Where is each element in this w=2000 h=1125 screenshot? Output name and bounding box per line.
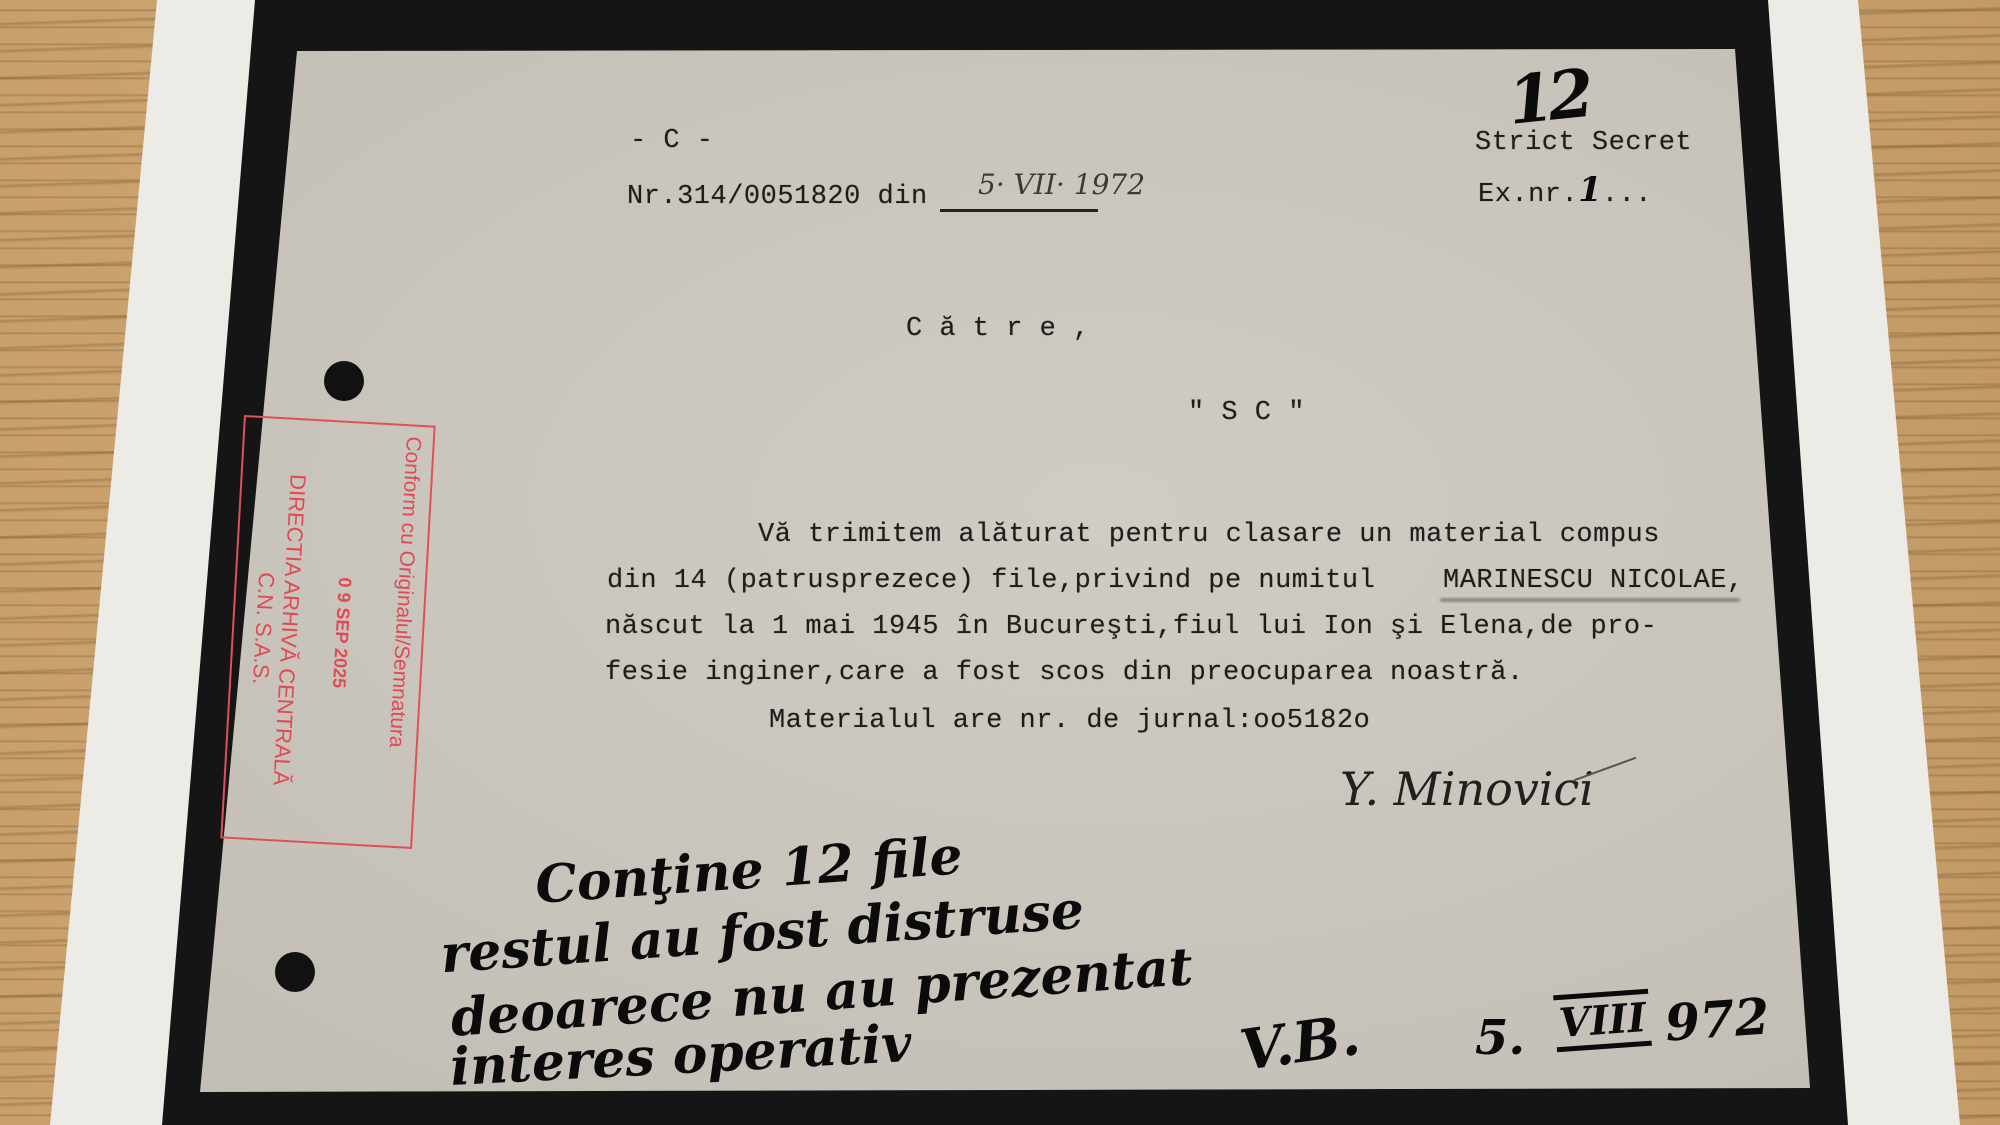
subject-name-underline [1440,598,1740,602]
reference-number: Nr.314/0051820 din [627,182,928,212]
recipient: " S C " [1188,398,1305,428]
journal-number-line: Materialul are nr. de jurnal:oo5182o [769,706,1370,736]
copy-number: Ex.nr.1... [1478,170,1652,210]
note-date-day: 5. [1475,1010,1525,1066]
subject-name: MARINESCU NICOLAE, [1443,566,1744,596]
copy-number-dots: ... [1602,180,1652,210]
document-content: 12 - C - Nr.314/0051820 din 5· VII· 1972… [0,0,2000,1125]
date-underline [940,209,1098,212]
body-line-2: din 14 (patrusprezece) file,privind pe n… [607,566,1375,596]
reference-date-handwritten: 5· VII· 1972 [978,168,1145,201]
note-date-month: VIII [1557,994,1647,1047]
copy-number-value: 1 [1578,170,1602,210]
body-line-4: fesie inginer,care a fost scos din preoc… [605,658,1524,688]
stamp-date: 0 9 SEP 2025 [319,422,363,843]
punch-hole-bottom [275,952,315,992]
stamp-footer: Conform cu Originalul/Semnatura [378,436,425,857]
body-line-1: Vă trimitem alăturat pentru clasare un m… [758,520,1660,550]
salutation: C ă t r e , [906,314,1090,344]
body-line-3: născut la 1 mai 1945 în Bucureşti,fiul l… [605,612,1657,642]
copy-number-label: Ex.nr. [1478,180,1578,210]
note-initials: V.B. [1236,1002,1364,1084]
punch-hole-top [324,361,364,401]
classification-label: Strict Secret [1475,128,1692,158]
classification-marker: - C - [630,126,714,156]
note-date-year: 972 [1663,986,1771,1052]
note-date-month-wrapper: VIII [1553,989,1652,1053]
signature: Y. Minovici [1340,762,1594,816]
archive-stamp: C.N. S.A.S. DIRECTIA ARHIVĂ CENTRALĂ 0 9… [220,415,435,849]
